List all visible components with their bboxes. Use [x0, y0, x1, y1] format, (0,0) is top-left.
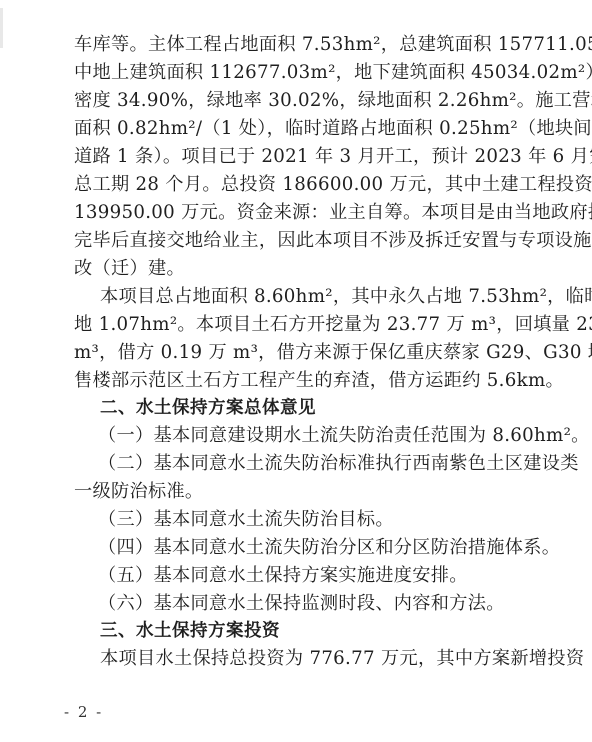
body-line: 车库等。主体工程占地面积 7.53hm²，总建筑面积 157711.05m²（其 — [74, 31, 524, 59]
body-line: m³，借方 0.19 万 m³，借方来源于保亿重庆蔡家 G29、G30 地块、 — [74, 339, 524, 367]
body-line: 本项目水土保持总投资为 776.77 万元，其中方案新增投资 — [100, 645, 496, 673]
opinion-item: （四）基本同意水土流失防治分区和分区防治措施体系。 — [98, 534, 524, 562]
scan-edge-mark — [0, 8, 3, 48]
page-number: - 2 - — [64, 700, 103, 724]
opinion-item: （二）基本同意水土流失防治标准执行西南紫色土区建设类 — [98, 450, 524, 478]
opinion-item: （三）基本同意水土流失防治目标。 — [98, 506, 524, 534]
body-line: 改（迁）建。 — [74, 255, 524, 283]
opinion-item: （五）基本同意水土保持方案实施进度安排。 — [98, 562, 524, 590]
body-line: 总工期 28 个月。总投资 186600.00 万元，其中土建工程投资 — [74, 171, 524, 199]
document-page: 车库等。主体工程占地面积 7.53hm²，总建筑面积 157711.05m²（其… — [0, 0, 592, 742]
body-line: 本项目总占地面积 8.60hm²，其中永久占地 7.53hm²，临时占 — [100, 283, 524, 311]
section-heading: 三、水土保持方案投资 — [100, 617, 524, 645]
body-line: 面积 0.82hm²/（1 处），临时道路占地面积 0.25hm²（地块间人行 — [74, 115, 524, 143]
opinion-item: （一）基本同意建设期水土流失防治责任范围为 8.60hm²。 — [98, 422, 524, 450]
section-heading: 二、水土保持方案总体意见 — [100, 394, 524, 422]
body-line: 中地上建筑面积 112677.03m²，地下建筑面积 45034.02m²），建… — [74, 59, 524, 87]
opinion-item: （六）基本同意水土保持监测时段、内容和方法。 — [98, 590, 524, 618]
body-line: 售楼部示范区土石方工程产生的弃渣，借方运距约 5.6km。 — [74, 367, 524, 395]
body-line: 密度 34.90%，绿地率 30.02%，绿地面积 2.26hm²。施工营地占地 — [74, 87, 524, 115]
body-line: 道路 1 条）。项目已于 2021 年 3 月开工，预计 2023 年 6 月完… — [74, 143, 524, 171]
body-line: 139950.00 万元。资金来源：业主自筹。本项目是由当地政府拆迁 — [74, 199, 524, 227]
body-line: 完毕后直接交地给业主，因此本项目不涉及拆迁安置与专项设施 — [74, 227, 524, 255]
body-line: 地 1.07hm²。本项目土石方开挖量为 23.77 万 m³，回填量 23.9… — [74, 311, 524, 339]
opinion-item-continued: 一级防治标准。 — [74, 478, 524, 506]
